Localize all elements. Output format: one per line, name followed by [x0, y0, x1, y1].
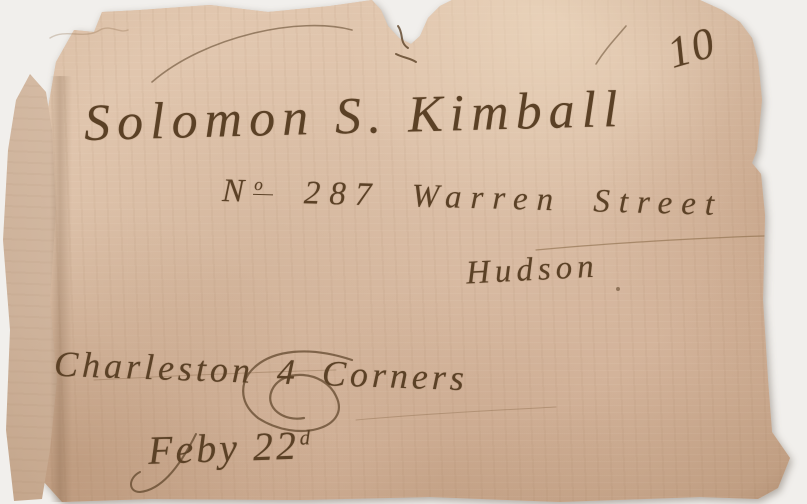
ink-dot [616, 287, 620, 291]
date-line: Feby 22d [147, 423, 315, 473]
ink-flourishes [0, 0, 807, 504]
date-main: Feby 22 [147, 423, 299, 473]
scanned-letter-cover: 10 Solomon S. Kimball No 287 Warren Stre… [0, 0, 807, 504]
city-line: Hudson [465, 249, 599, 292]
number-abbreviation: N [222, 173, 254, 210]
street-number: 287 [303, 175, 380, 213]
hairline-2 [356, 407, 556, 420]
tear-ink-marks [396, 26, 416, 62]
crossbar-stroke [536, 236, 764, 250]
stray-slash-stroke [596, 26, 626, 64]
date-superscript: d [298, 426, 314, 450]
pencil-scribble [50, 28, 128, 38]
swash-stroke [152, 26, 352, 82]
number-abbreviation-superscript: o [253, 175, 273, 196]
